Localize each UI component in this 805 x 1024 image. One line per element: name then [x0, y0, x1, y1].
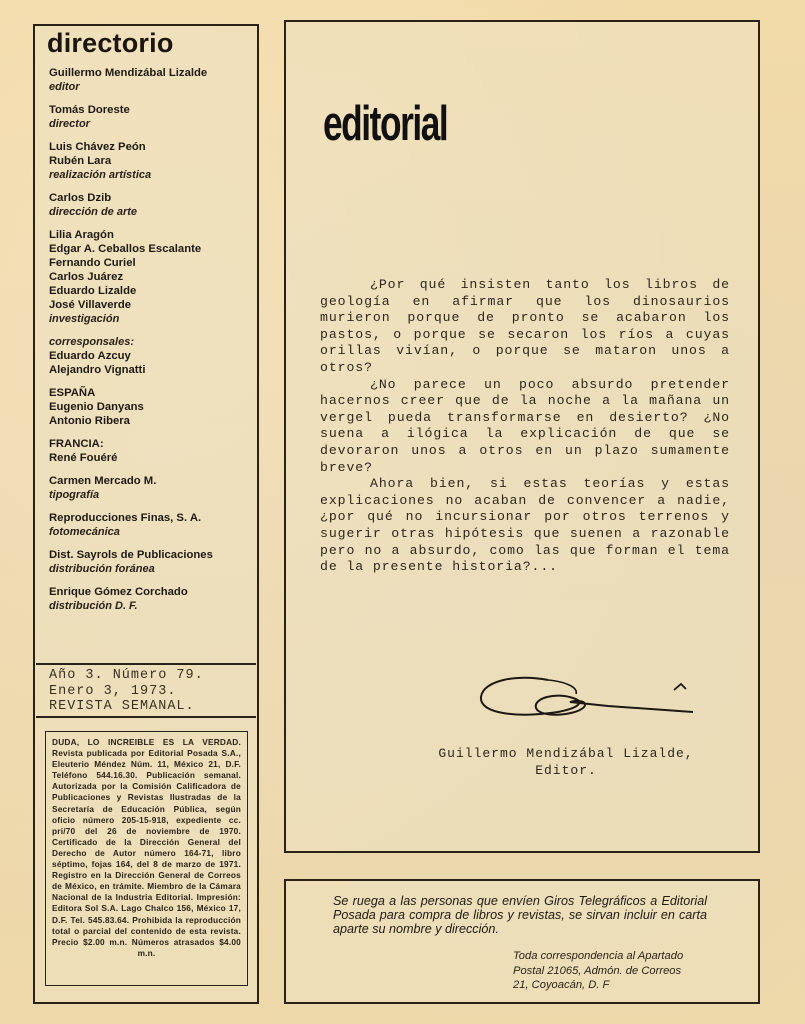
entry-name: Eduardo Azcuy: [49, 349, 254, 363]
legal-text: DUDA, LO INCREIBLE ES LA VERDAD. Revista…: [52, 737, 241, 959]
entry-name: Edgar A. Ceballos Escalante: [49, 242, 254, 256]
address-line: Postal 21065, Admón. de Correos: [513, 964, 713, 979]
divider: [36, 663, 256, 665]
entry-name: Lilia Aragón: [49, 228, 254, 242]
entry-role: editor: [49, 80, 254, 94]
entry-country: ESPAÑA: [49, 386, 254, 400]
editorial-paragraph: ¿No parece un poco absurdo pretender hac…: [320, 377, 730, 477]
signer: Guillermo Mendizábal Lizalde, Editor.: [386, 746, 746, 779]
divider: [36, 716, 256, 718]
editorial-body: ¿Por qué insisten tanto los libros de ge…: [320, 277, 730, 576]
editorial-panel: editorial ¿Por qué insisten tanto los li…: [284, 20, 760, 853]
issue-info: Año 3. Número 79. Enero 3, 1973. REVISTA…: [49, 668, 254, 715]
entry-role: director: [49, 117, 254, 131]
notice-panel: Se ruega a las personas que envíen Giros…: [284, 879, 760, 1004]
directory-entry: Reproducciones Finas, S. A.fotomecánica: [49, 511, 254, 539]
issue-date: Enero 3, 1973.: [49, 684, 254, 700]
entry-role: realización artística: [49, 168, 254, 182]
entry-name: Carlos Dzib: [49, 191, 254, 205]
entry-name: Eugenio Danyans: [49, 400, 254, 414]
entry-name: Dist. Sayrols de Publicaciones: [49, 548, 254, 562]
directory-list: Guillermo Mendizábal LizaldeeditorTomás …: [49, 66, 254, 622]
entry-name: Eduardo Lizalde: [49, 284, 254, 298]
notice-text: Se ruega a las personas que envíen Giros…: [333, 894, 707, 936]
directory-entry: Luis Chávez PeónRubén Lararealización ar…: [49, 140, 254, 182]
directory-entry: ESPAÑAEugenio DanyansAntonio Ribera: [49, 386, 254, 428]
entry-name: Guillermo Mendizábal Lizalde: [49, 66, 254, 80]
signer-role: Editor.: [386, 763, 746, 780]
signer-name: Guillermo Mendizábal Lizalde,: [386, 746, 746, 763]
signature-icon: [478, 672, 708, 732]
directory-entry: Carlos Dzibdirección de arte: [49, 191, 254, 219]
entry-name: Rubén Lara: [49, 154, 254, 168]
entry-name: Antonio Ribera: [49, 414, 254, 428]
entry-name: José Villaverde: [49, 298, 254, 312]
entry-country: FRANCIA:: [49, 437, 254, 451]
editorial-title: editorial: [323, 96, 447, 152]
address-line: Toda correspondencia al Apartado: [513, 949, 713, 964]
directory-entry: Dist. Sayrols de Publicacionesdistribuci…: [49, 548, 254, 576]
legal-notice-box: DUDA, LO INCREIBLE ES LA VERDAD. Revista…: [45, 731, 248, 986]
directory-entry: Tomás Dorestedirector: [49, 103, 254, 131]
entry-name: Carmen Mercado M.: [49, 474, 254, 488]
entry-name: Alejandro Vignatti: [49, 363, 254, 377]
entry-role: tipografía: [49, 488, 254, 502]
directory-entry: FRANCIA:René Fouéré: [49, 437, 254, 465]
entry-heading: corresponsales:: [49, 335, 254, 349]
issue-frequency: REVISTA SEMANAL.: [49, 699, 254, 715]
entry-role: distribución foránea: [49, 562, 254, 576]
directory-entry: Enrique Gómez Corchadodistribución D. F.: [49, 585, 254, 613]
entry-name: Carlos Juárez: [49, 270, 254, 284]
editorial-paragraph: ¿Por qué insisten tanto los libros de ge…: [320, 277, 730, 377]
entry-name: Tomás Doreste: [49, 103, 254, 117]
directory-title: directorio: [47, 28, 174, 59]
directory-panel: directorio Guillermo Mendizábal Lizaldee…: [33, 24, 259, 1004]
directory-entry: Lilia AragónEdgar A. Ceballos EscalanteF…: [49, 228, 254, 326]
entry-role: dirección de arte: [49, 205, 254, 219]
issue-number: Año 3. Número 79.: [49, 668, 254, 684]
entry-name: Enrique Gómez Corchado: [49, 585, 254, 599]
entry-role: fotomecánica: [49, 525, 254, 539]
entry-role: investigación: [49, 312, 254, 326]
entry-name: Luis Chávez Peón: [49, 140, 254, 154]
directory-entry: corresponsales:Eduardo AzcuyAlejandro Vi…: [49, 335, 254, 377]
postal-address: Toda correspondencia al ApartadoPostal 2…: [513, 949, 713, 993]
address-line: 21, Coyoacán, D. F: [513, 978, 713, 993]
directory-entry: Guillermo Mendizábal Lizaldeeditor: [49, 66, 254, 94]
entry-role: distribución D. F.: [49, 599, 254, 613]
directory-entry: Carmen Mercado M.tipografía: [49, 474, 254, 502]
entry-name: Reproducciones Finas, S. A.: [49, 511, 254, 525]
entry-name: Fernando Curiel: [49, 256, 254, 270]
entry-name: René Fouéré: [49, 451, 254, 465]
editorial-paragraph: Ahora bien, si estas teorías y estas exp…: [320, 476, 730, 576]
